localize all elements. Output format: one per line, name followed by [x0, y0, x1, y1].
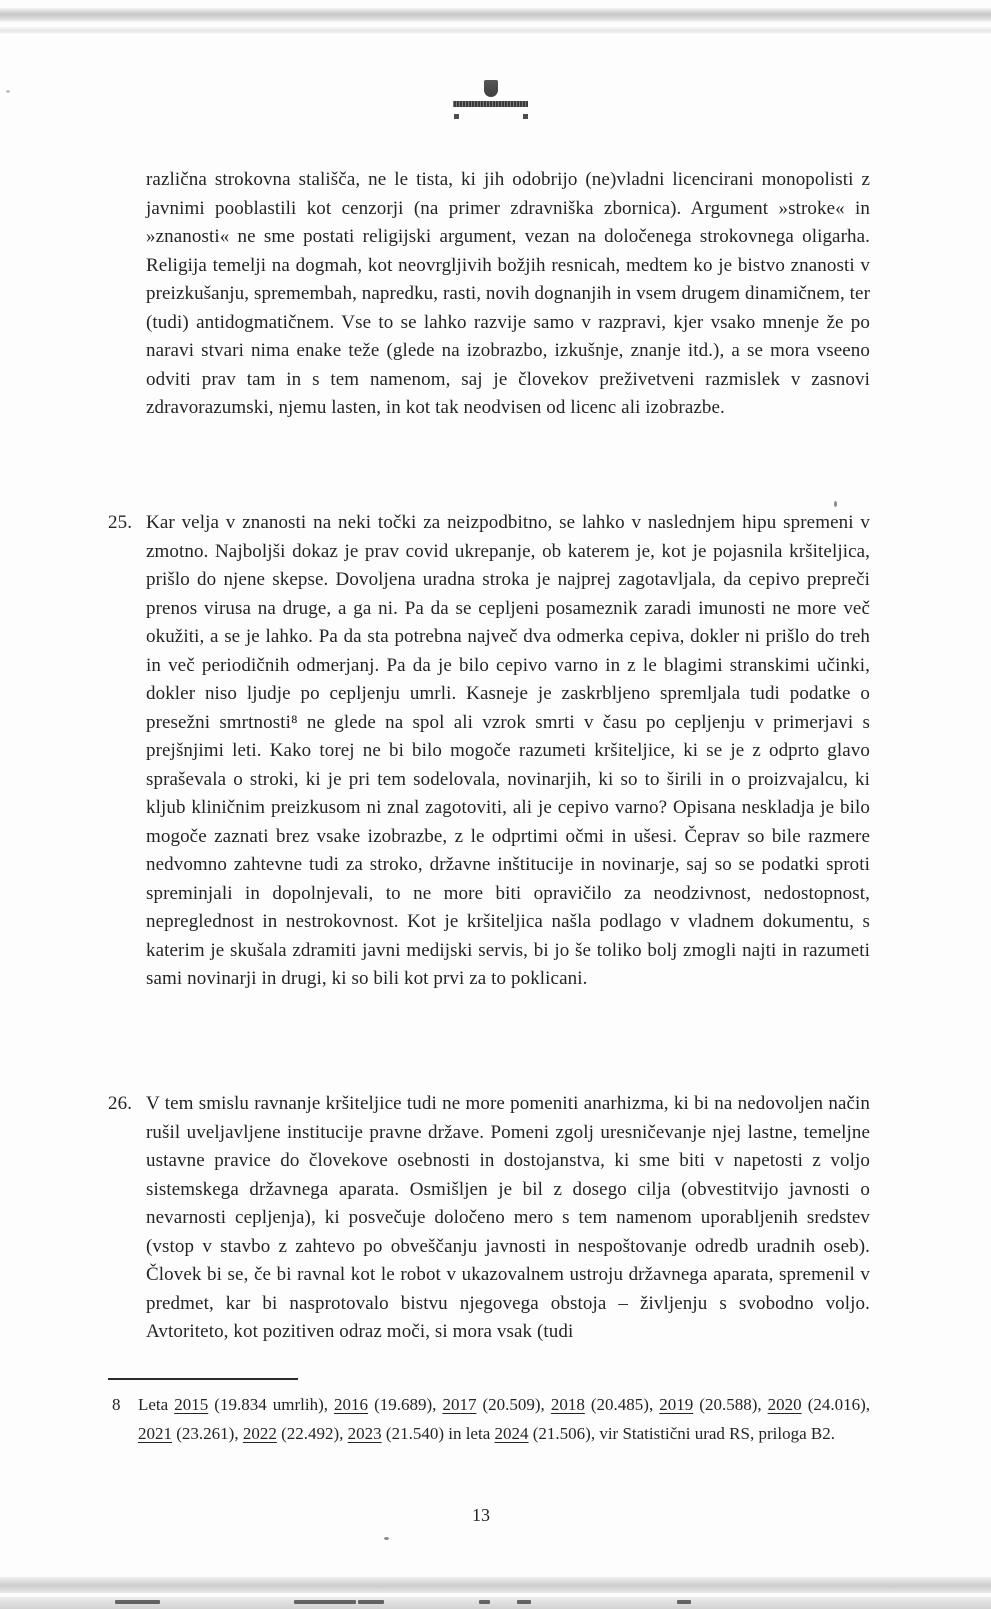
letterhead-text-bar [453, 101, 528, 107]
scan-speck [834, 501, 837, 507]
footnote-text-segment: (21.540) in leta [382, 1424, 495, 1443]
footnote-year: 2024 [495, 1424, 529, 1443]
scan-band-top-secondary [0, 27, 991, 34]
page-number: 13 [0, 1505, 962, 1526]
footnote-year: 2016 [334, 1395, 368, 1414]
footnote-text-segment: (20.509), [476, 1395, 550, 1414]
coat-of-arms-icon [484, 80, 498, 97]
footnote: 8Leta 2015 (19.834 umrlih), 2016 (19.689… [112, 1390, 870, 1448]
paragraph-26: 26.V tem smislu ravnanje kršiteljice tud… [146, 1090, 870, 1347]
scan-smudge [294, 1600, 356, 1604]
paragraph-text: Kar velja v znanosti na neki točki za ne… [146, 512, 870, 989]
footnote-year: 2021 [138, 1424, 172, 1443]
letterhead-square-right [523, 114, 528, 119]
scan-speck [384, 1537, 389, 1540]
footnote-year: 2023 [348, 1424, 382, 1443]
footnote-text-segment: (19.689), [368, 1395, 442, 1414]
paragraph-text: različna strokovna stališča, ne le tista… [146, 169, 870, 418]
footnote-year: 2018 [551, 1395, 585, 1414]
footnote-year: 2020 [768, 1395, 802, 1414]
scan-smudge [358, 1600, 384, 1604]
footnote-marker: 8 [112, 1390, 121, 1419]
scanned-document-page: različna strokovna stališča, ne le tista… [0, 0, 991, 1609]
scan-speck [6, 90, 10, 93]
paragraph-25: 25.Kar velja v znanosti na neki točki za… [146, 509, 870, 994]
footnote-year: 2019 [659, 1395, 693, 1414]
footnote-text-segment: (22.492), [277, 1424, 348, 1443]
footnote-text-segment: (23.261), [172, 1424, 243, 1443]
paragraph-number: 25. [108, 509, 132, 538]
footnote-text-segment: Leta [138, 1395, 174, 1414]
scan-smudge [517, 1600, 531, 1604]
scan-band-top [0, 8, 991, 22]
footnote-text-segment: (20.588), [693, 1395, 767, 1414]
scan-band-bottom [0, 1577, 991, 1593]
footnote-year: 2022 [243, 1424, 277, 1443]
footnote-rule [108, 1378, 298, 1380]
paragraph-number: 26. [108, 1090, 132, 1119]
footnote-text: Leta 2015 (19.834 umrlih), 2016 (19.689)… [138, 1395, 870, 1443]
footnote-text-segment: (20.485), [585, 1395, 659, 1414]
footnote-text-segment: (24.016), [802, 1395, 870, 1414]
footnote-year: 2015 [174, 1395, 208, 1414]
footnote-year: 2017 [442, 1395, 476, 1414]
scan-smudge [479, 1600, 490, 1604]
letterhead-square-left [454, 114, 459, 119]
paragraph-continuation: različna strokovna stališča, ne le tista… [146, 166, 870, 423]
footnote-text-segment: (19.834 umrlih), [208, 1395, 334, 1414]
footnote-text-segment: (21.506), vir Statistični urad RS, prilo… [529, 1424, 835, 1443]
scan-smudge [115, 1600, 160, 1604]
scan-smudge [677, 1600, 691, 1604]
paragraph-text: V tem smislu ravnanje kršiteljice tudi n… [146, 1093, 870, 1342]
